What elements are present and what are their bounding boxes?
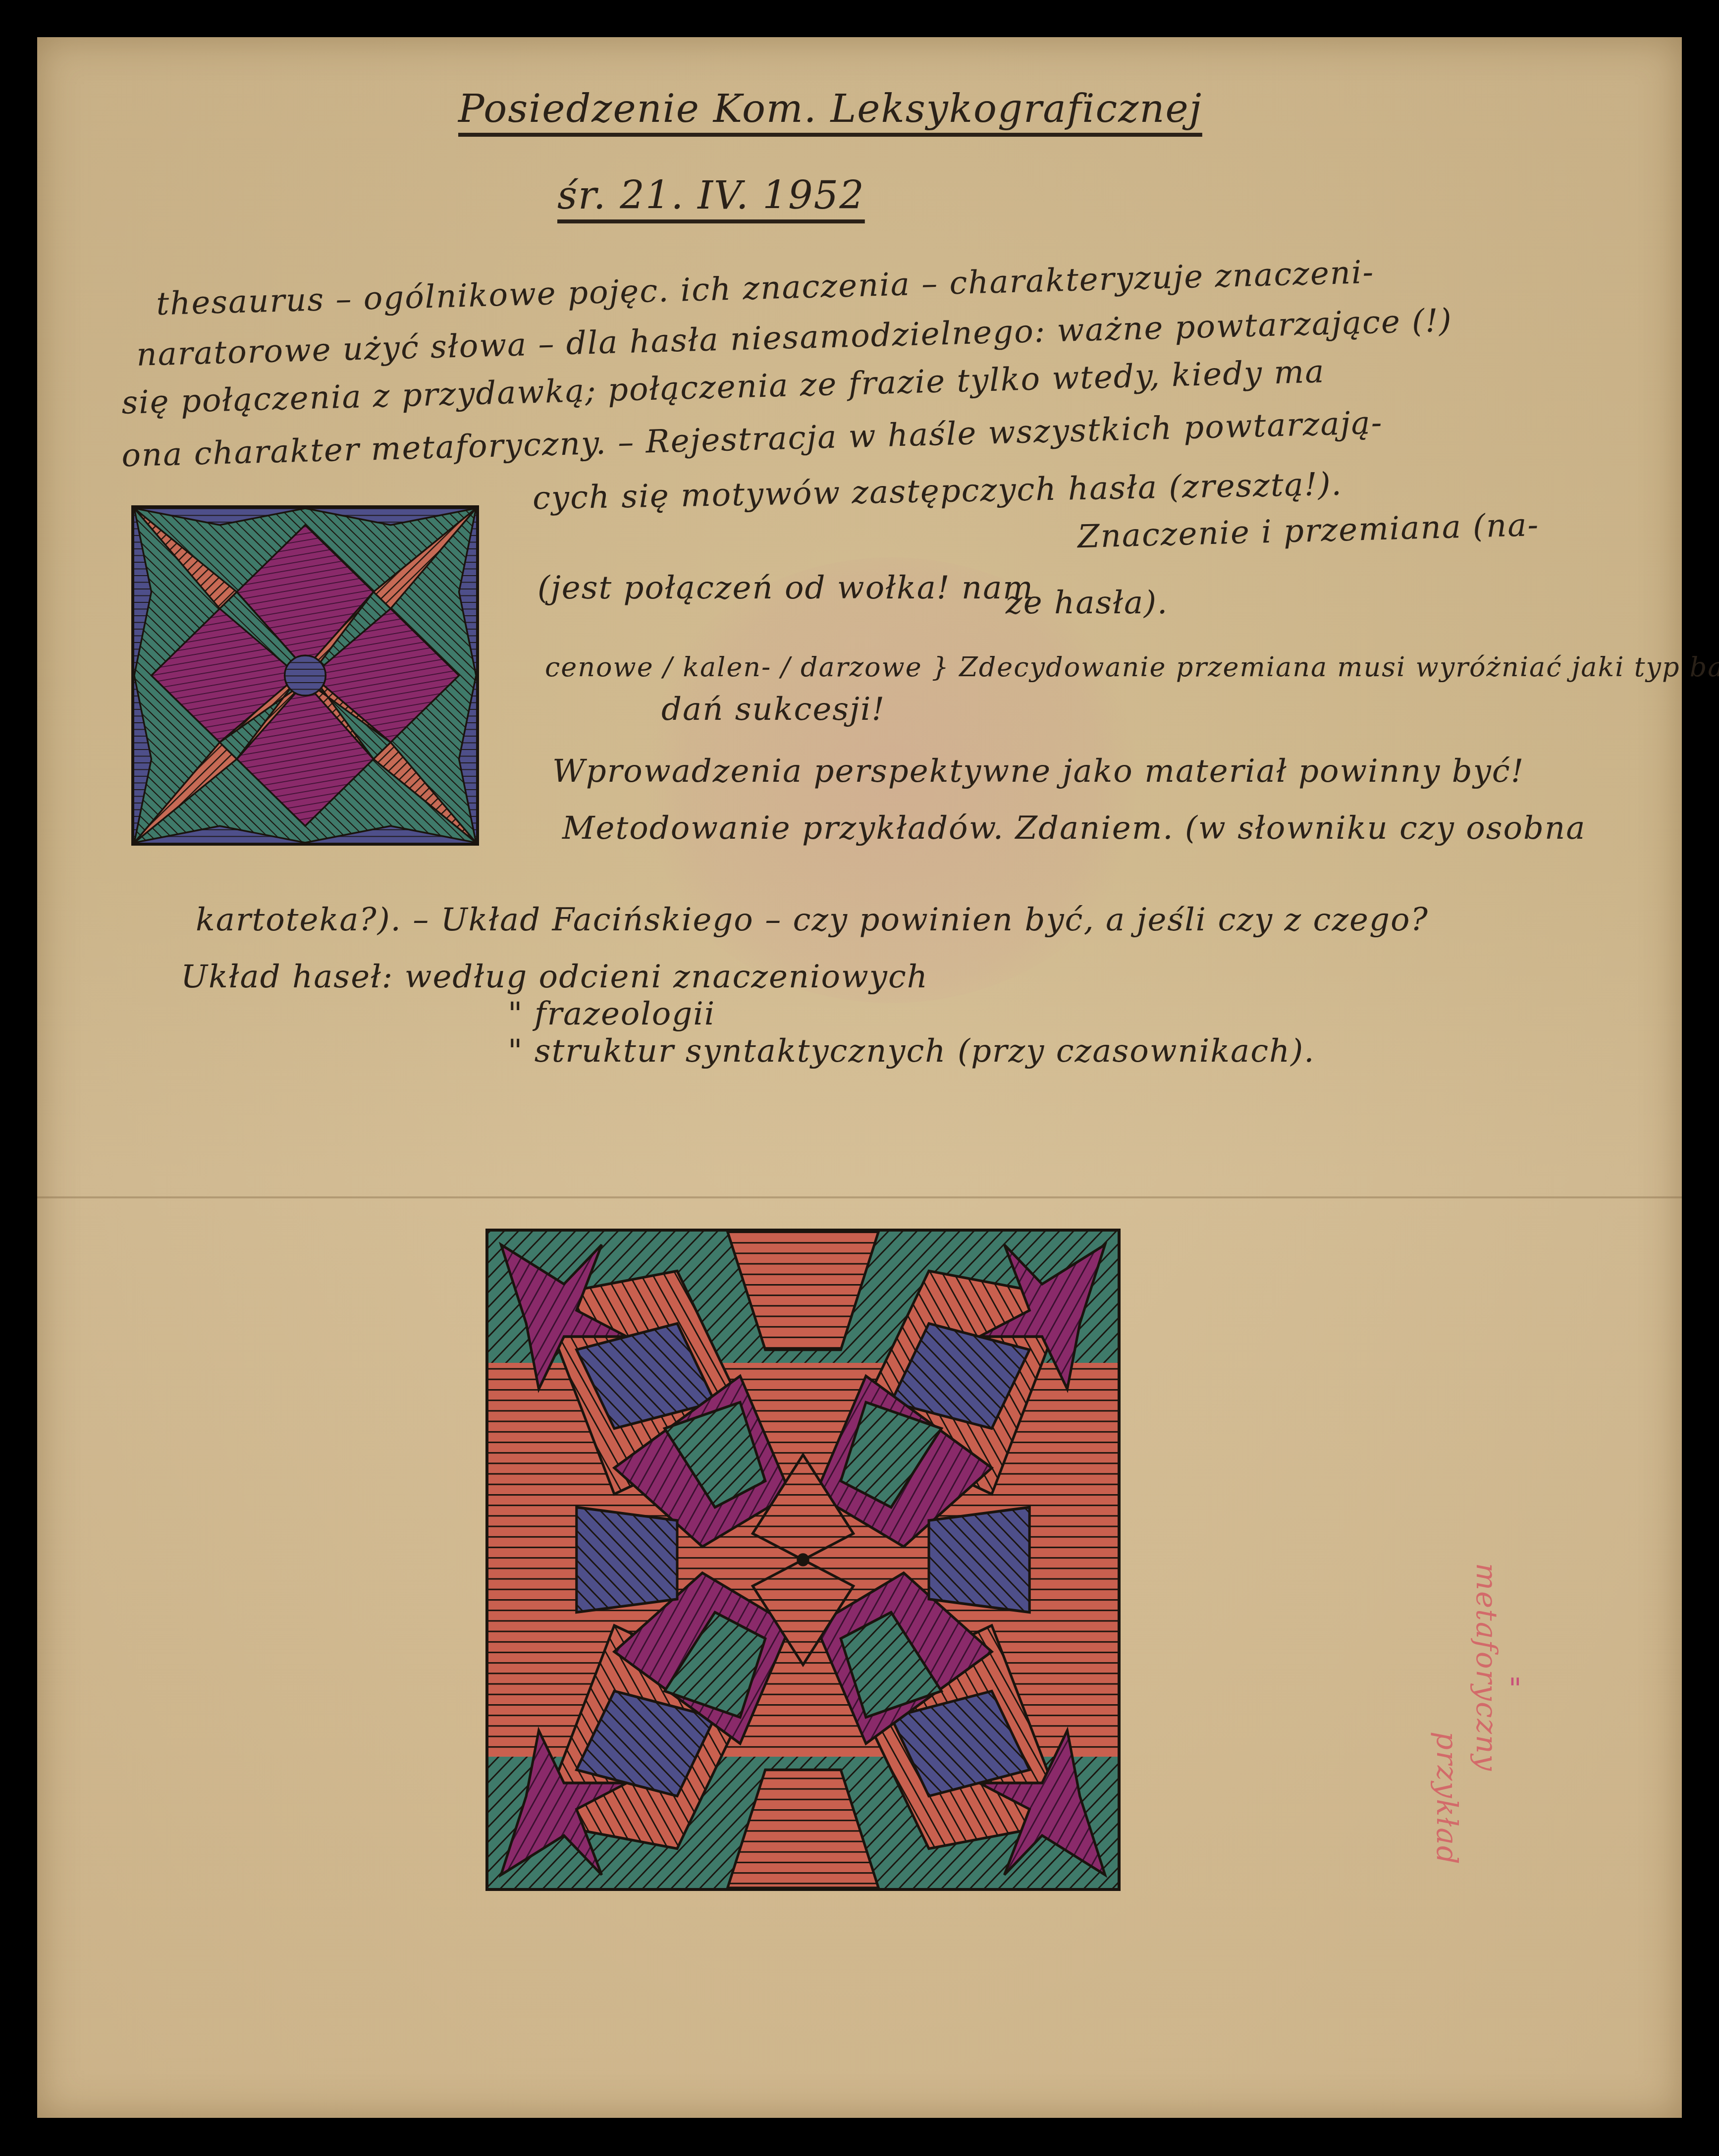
note-line-12: Metodowanie przykładów. Zdaniem. (w słow… [562,810,1586,847]
note-line-10: dań sukcesji! [661,691,885,728]
margin-note-vertical-1: metaforyczny [1470,1563,1504,1772]
note-line-11: Wprowadzenia perspektywne jako materiał … [552,753,1524,790]
note-line-5: cych się motywów zastępczych hasła (zres… [532,466,1343,517]
page-title: Posiedzenie Kom. Leksykograficznej [458,87,1202,131]
small-geometric-drawing [131,505,479,846]
note-line-6: Znaczenie i przemiana (na- [1077,507,1540,555]
note-line-7: (jest połączeń od wołka! nam [537,570,1034,606]
note-line-15: " frazeologii [508,996,715,1032]
large-geometric-drawing [485,1229,1121,1891]
note-line-14: Układ haseł: według odcieni znaczeniowyc… [181,959,928,995]
meeting-date: śr. 21. IV. 1952 [557,173,865,218]
page-fold [37,1196,1682,1198]
margin-ditto-mark: " [1508,1672,1523,1706]
note-line-13: kartoteka?). – Układ Facińskiego – czy p… [196,902,1429,938]
manuscript-page: Posiedzenie Kom. Leksykograficznej śr. 2… [37,37,1682,2118]
note-line-9: cenowe / kalen- / darzowe } Zdecydowanie… [545,651,1719,683]
note-line-8: ze hasła). [1006,585,1168,621]
note-line-16: " struktur syntaktycznych (przy czasowni… [508,1033,1315,1070]
margin-note-vertical-2: przykład [1430,1731,1464,1865]
